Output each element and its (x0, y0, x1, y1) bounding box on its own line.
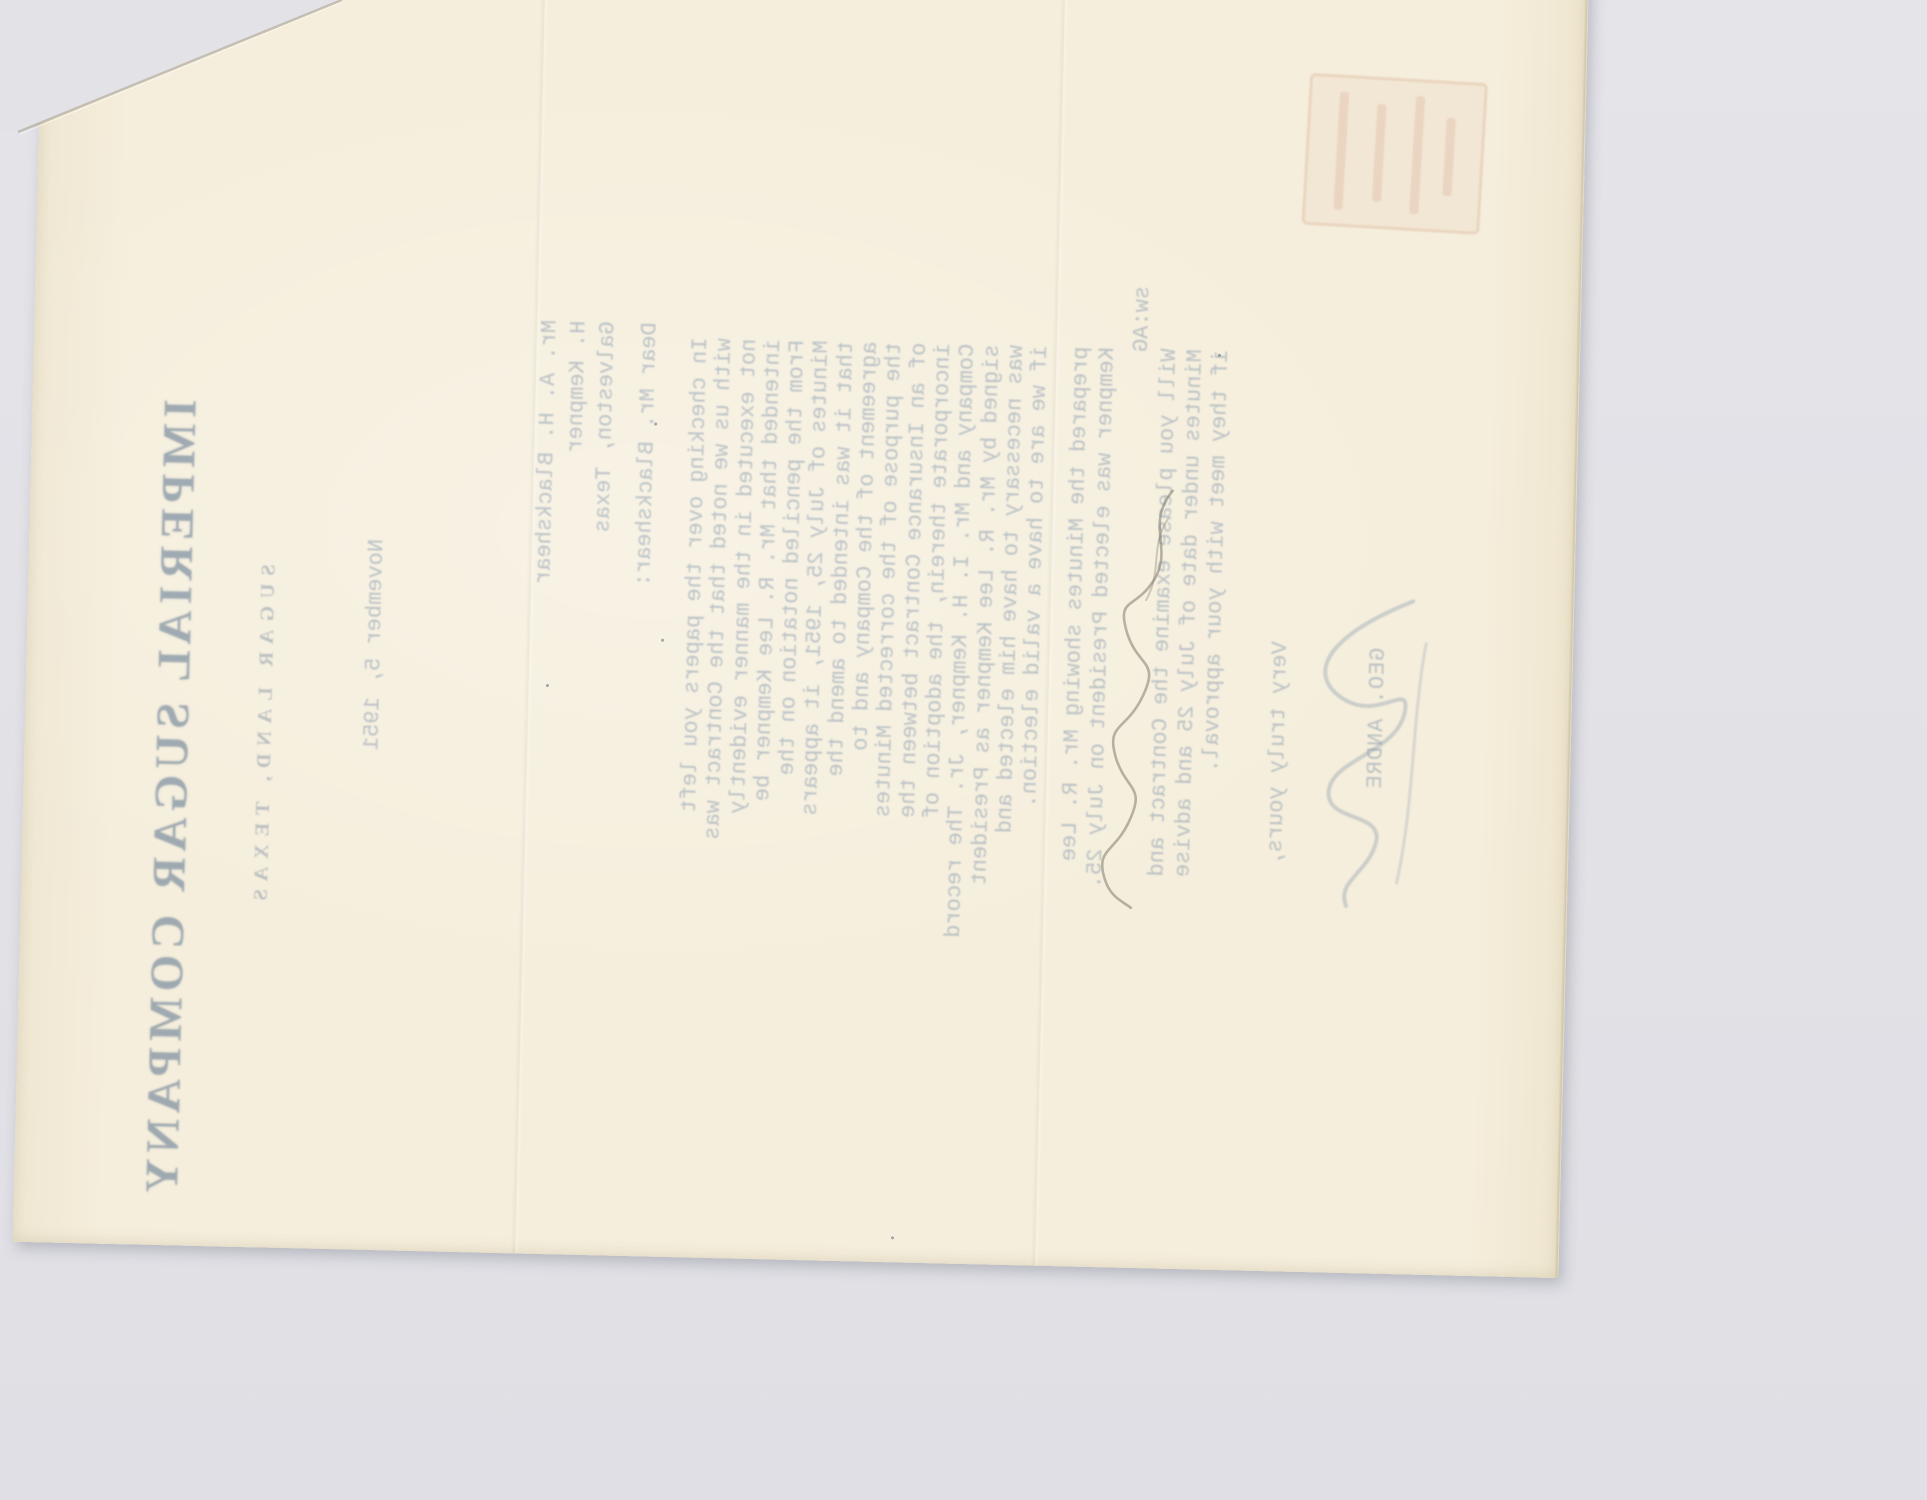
recipient-name: Mr. A. H. Blackshear (529, 320, 564, 585)
closing-phrase: Very truly yours, (1263, 641, 1293, 866)
letterhead-location: SUGAR LAND, TEXAS (246, 401, 285, 1071)
signer-typed-name: GEO. ANDRE (1363, 647, 1391, 790)
stamp-line (1372, 104, 1387, 202)
faint-stamp (1301, 73, 1488, 235)
letter-bleedthrough: IMPERIAL SUGAR COMPANY SUGAR LAND, TEXAS… (0, 0, 1577, 1360)
dust-speck (891, 1236, 894, 1239)
stamp-line (1409, 96, 1425, 214)
recipient-city: Galveston, Texas (587, 321, 622, 586)
scanned-document-page: IMPERIAL SUGAR COMPANY SUGAR LAND, TEXAS… (0, 0, 1927, 1500)
dust-speck (1218, 354, 1221, 357)
dust-speck (661, 639, 664, 642)
salutation: Dear Mr. Blackshear: (631, 322, 662, 587)
pencil-scribble (1071, 477, 1191, 919)
stamp-line (1442, 118, 1456, 196)
dust-speck (654, 422, 657, 425)
dust-speck (546, 684, 549, 687)
recipient-address: Mr. A. H. Blackshear H. Kempner Galvesto… (529, 320, 622, 586)
letterhead-company: IMPERIAL SUGAR COMPANY (138, 399, 208, 1070)
reference-initials: sw:AG (1129, 286, 1156, 353)
letter-paper-back: IMPERIAL SUGAR COMPANY SUGAR LAND, TEXAS… (13, 0, 1590, 1278)
body-paragraph-1: In checking over the papers you leftwith… (675, 337, 1053, 940)
letter-date: November 5, 1951 (359, 539, 389, 751)
stamp-line (1333, 92, 1349, 210)
